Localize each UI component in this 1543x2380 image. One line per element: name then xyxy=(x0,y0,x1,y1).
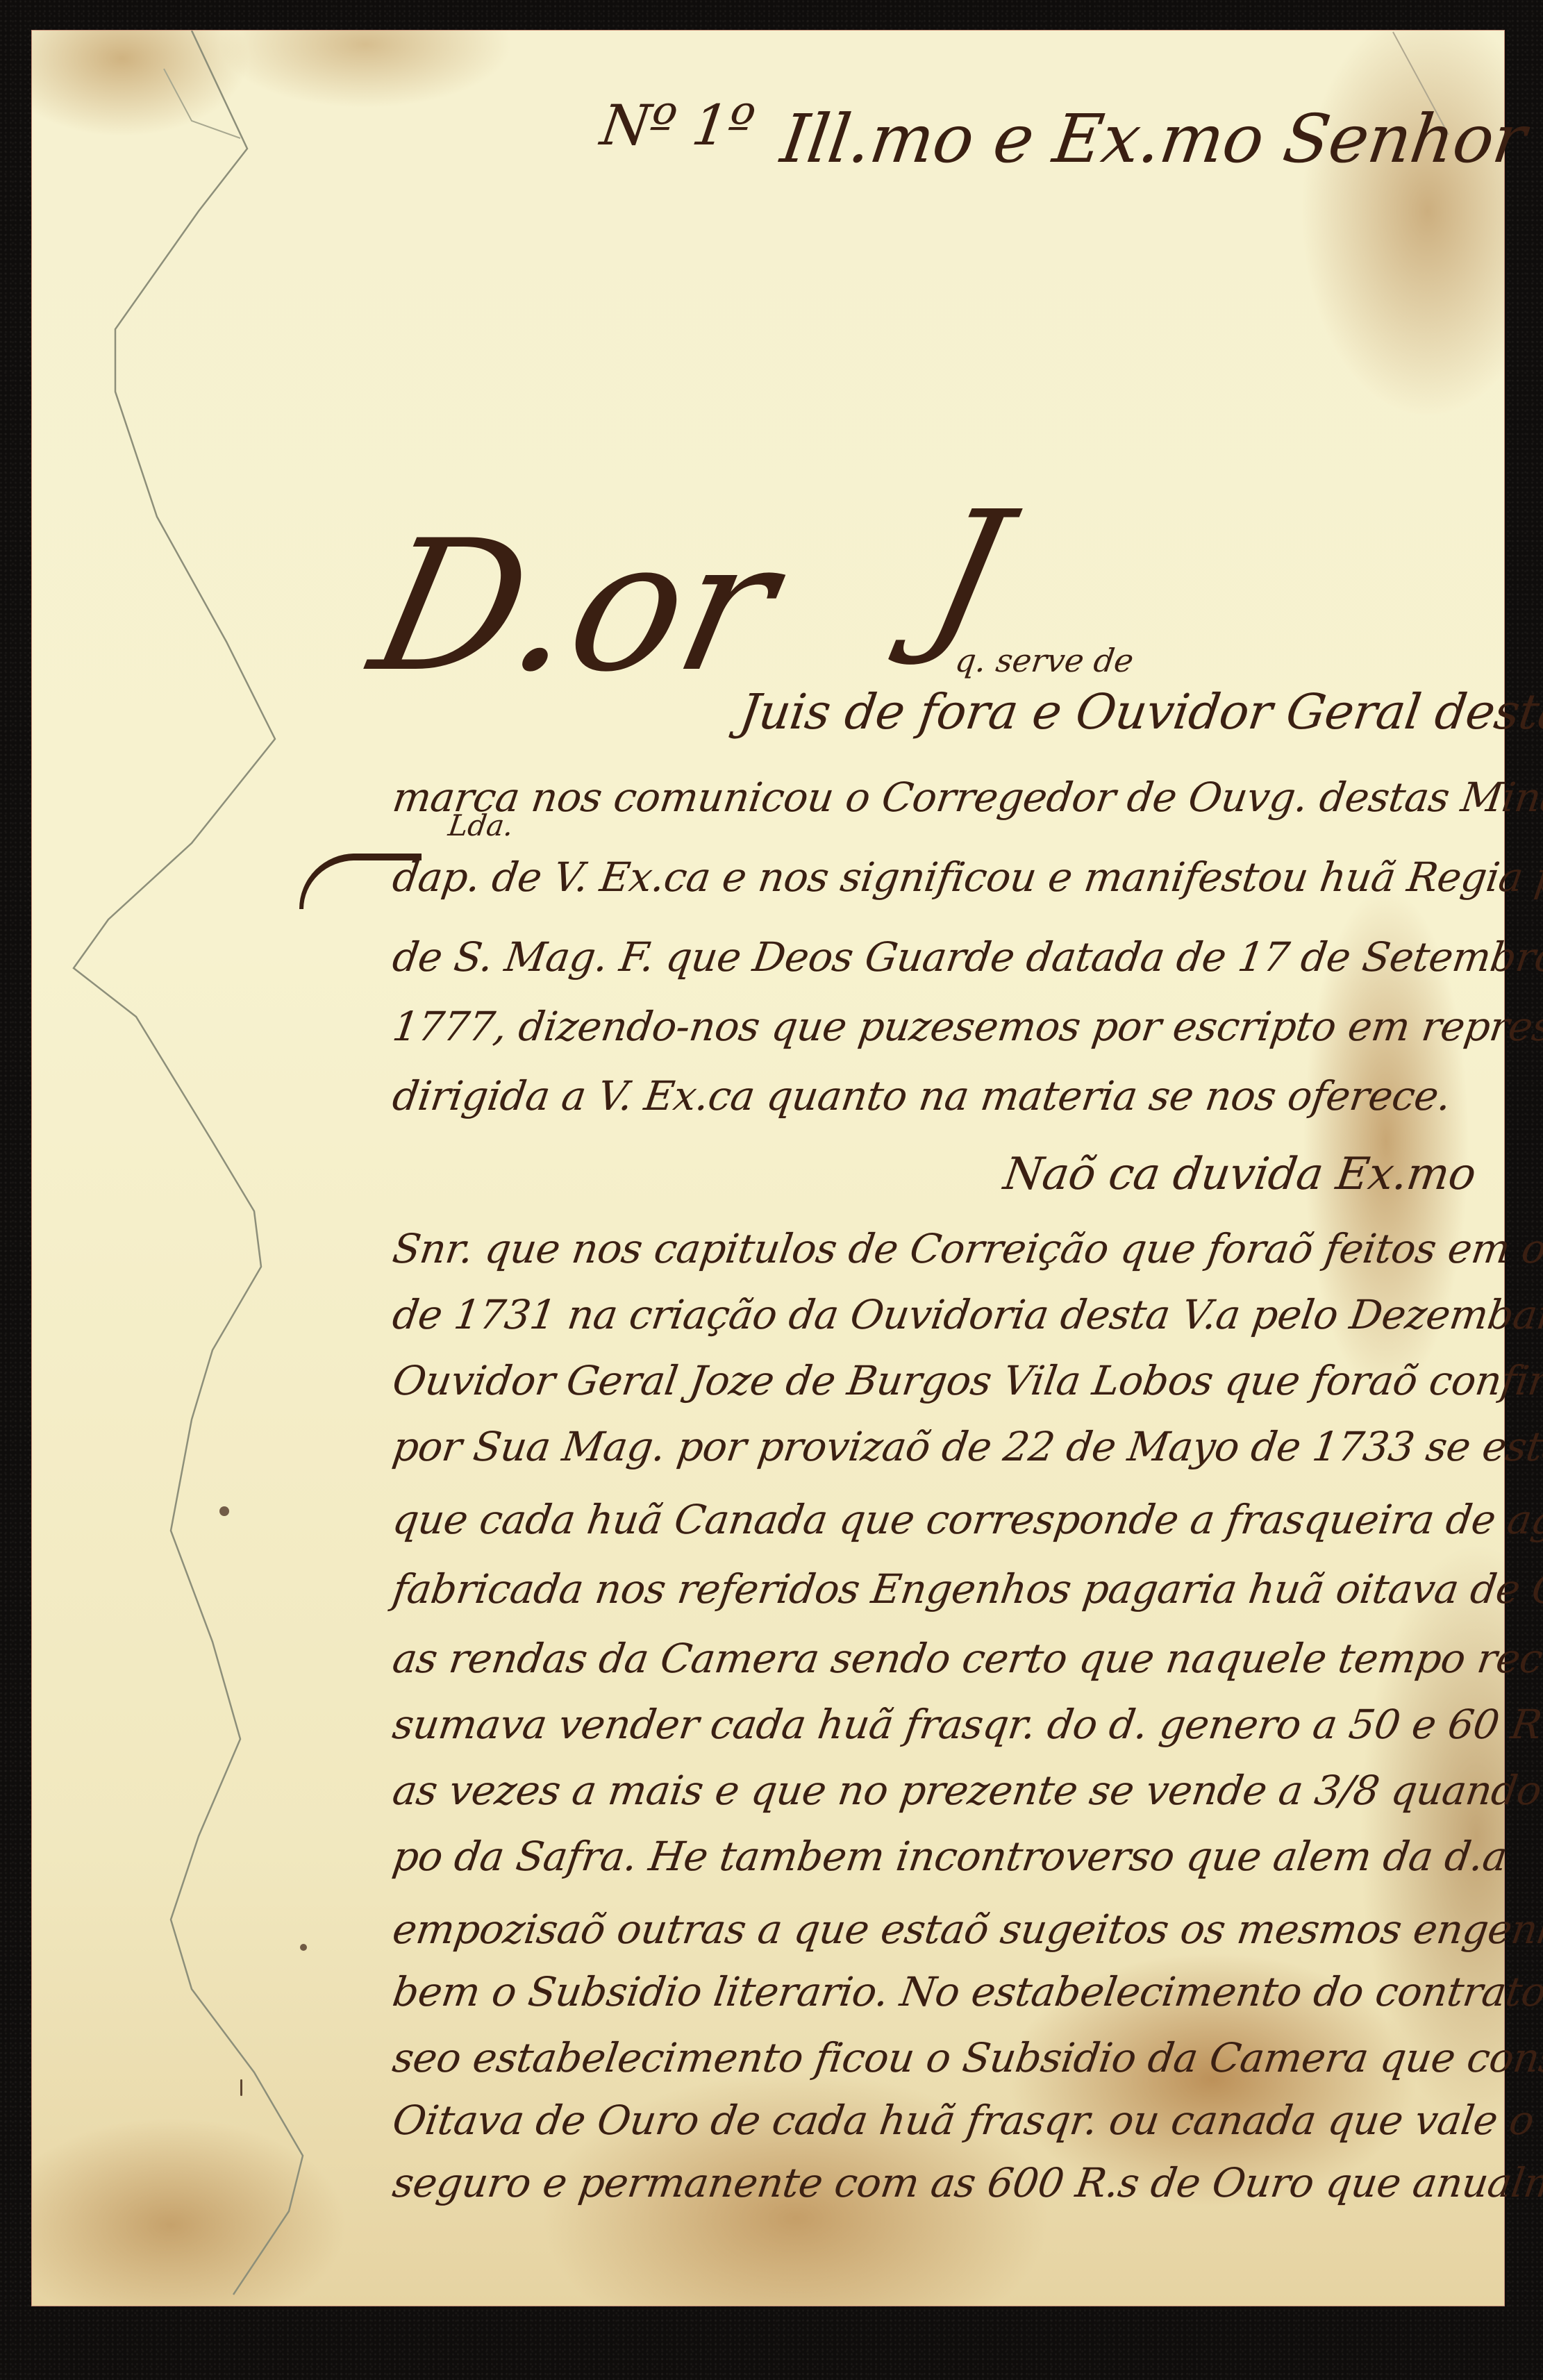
salutation: Ill.mo e Ex.mo Senhor xyxy=(776,100,1531,178)
manuscript-line-4: 1777, dizendo-nos que puzesemos por escr… xyxy=(390,1003,1543,1050)
manuscript-line-18: bem o Subsidio literario. No estabelecim… xyxy=(390,1968,1543,2015)
manuscript-line-20: Oitava de Ouro de cada huã frasqr. ou ca… xyxy=(390,2097,1543,2144)
manuscript-line-3: de S. Mag. F. que Deos Guarde datada de … xyxy=(390,933,1543,981)
ink-mark xyxy=(240,2079,242,2096)
interlinear-note: q. serve de xyxy=(953,642,1136,679)
manuscript-line-11: que cada huã Canada que corresponde a fr… xyxy=(390,1496,1543,1543)
manuscript-line-5: dirigida a V. Ex.ca quanto na materia se… xyxy=(390,1072,1453,1120)
manuscript-line-10: por Sua Mag. por provizaõ de 22 de Mayo … xyxy=(390,1423,1543,1470)
manuscript-line-15: as vezes a mais e que no prezente se ven… xyxy=(390,1767,1543,1814)
manuscript-line-13: as rendas da Camera sendo certo que naqu… xyxy=(390,1635,1543,1682)
title-line: Juis de fora e Ouvidor Geral desta Co- xyxy=(736,683,1543,740)
manuscript-line-19: seo estabelecimento ficou o Subsidio da … xyxy=(390,2034,1543,2081)
manuscript-line-6: Naõ ca duvida Ex.mo xyxy=(1001,1149,1479,1200)
manuscript-line-12: fabricada nos referidos Engenhos pagaria… xyxy=(390,1565,1543,1613)
manuscript-line-21: seguro e permanente com as 600 R.s de Ou… xyxy=(390,2159,1543,2206)
manuscript-line-14: sumava vender cada huã frasqr. do d. gen… xyxy=(390,1701,1543,1748)
manuscript-line-7: Snr. que nos capitulos de Correição que … xyxy=(390,1225,1543,1272)
decorative-initial-dor: D.or xyxy=(360,517,789,697)
ink-spot xyxy=(219,1506,229,1516)
manuscript-line-1: marca nos comunicou o Corregedor de Ouvg… xyxy=(390,774,1543,821)
manuscript-line-17: empozisaõ outras a que estaõ sugeitos os… xyxy=(390,1906,1543,1953)
manuscript-line-9: Ouvidor Geral Joze de Burgos Vila Lobos … xyxy=(390,1357,1543,1404)
document-number: Nº 1º xyxy=(597,93,758,158)
manuscript-line-16: po da Safra. He tambem incontroverso que… xyxy=(390,1833,1510,1880)
manuscript-line-8: de 1731 na criação da Ouvidoria desta V.… xyxy=(390,1291,1543,1338)
manuscript-line-2: dap. de V. Ex.ca e nos significou e mani… xyxy=(390,854,1543,901)
manuscript-page: Nº 1º Ill.mo e Ex.mo Senhor D.or J q. se… xyxy=(32,31,1504,2306)
ink-spot xyxy=(300,1944,307,1951)
decorative-initial-j: J xyxy=(917,489,1019,656)
